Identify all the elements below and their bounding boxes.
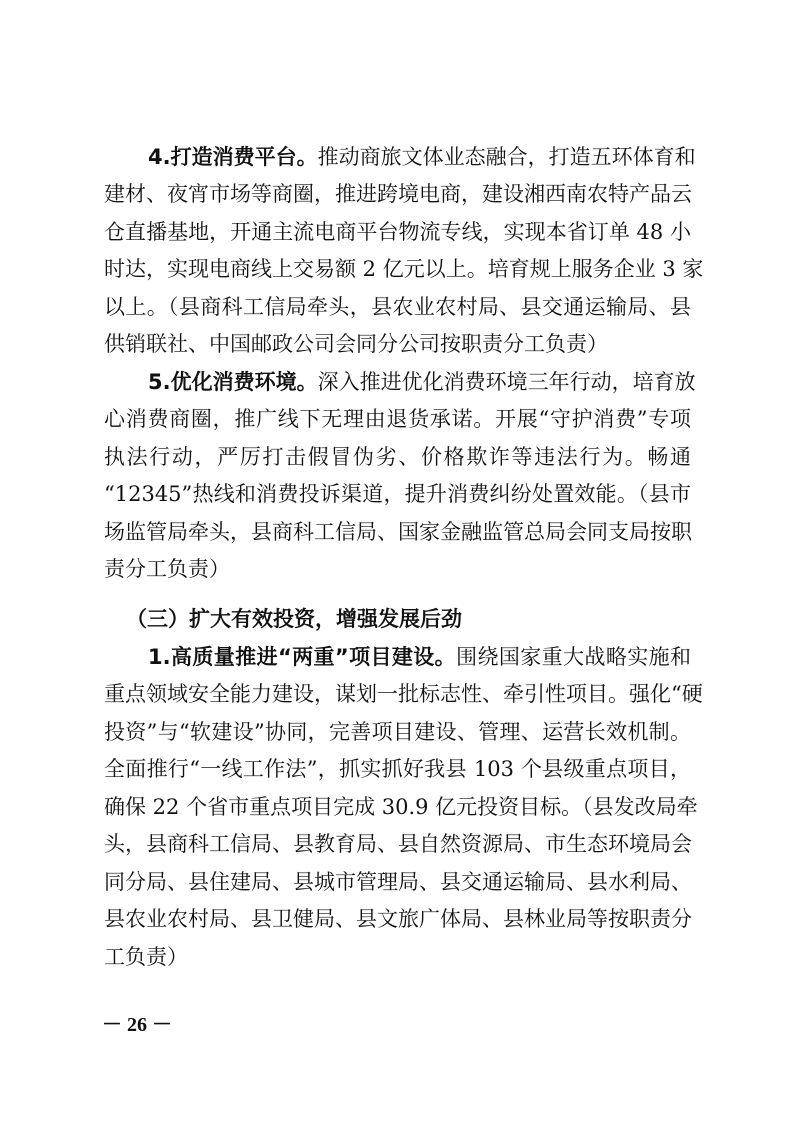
paragraph-line: 时达，实现电商线上交易额 2 亿元以上。培育规上服务企业 3 家 bbox=[104, 256, 691, 282]
paragraph-line: 全面推行“一线工作法”，抓实抓好我县 103 个县级重点项目， bbox=[104, 756, 691, 782]
paragraph-line: 心消费商圈，推广线下无理由退货承诺。开展“守护消费”专项 bbox=[104, 406, 691, 432]
item-heading: 1.高质量推进“两重”项目建设。 bbox=[148, 645, 456, 669]
paragraph-line: 责分工负责） bbox=[104, 556, 691, 582]
page-number: － 26 － bbox=[102, 1012, 172, 1038]
paragraph-line: 建材、夜宵市场等商圈，推进跨境电商，建设湘西南农特产品云 bbox=[104, 181, 691, 207]
paragraph-line: 重点领域安全能力建设，谋划一批标志性、牵引性项目。强化“硬 bbox=[104, 681, 691, 707]
document-page: 4.打造消费平台。推动商旅文体业态融合，打造五环体育和 建材、夜宵市场等商圈，推… bbox=[0, 0, 793, 1122]
paragraph-line: 仓直播基地，开通主流电商平台物流专线，实现本省订单 48 小 bbox=[104, 219, 691, 245]
paragraph-line: 投资”与“软建设”协同，完善项目建设、管理、运营长效机制。 bbox=[104, 719, 691, 745]
paragraph-line: 县农业农村局、县卫健局、县文旅广体局、县林业局等按职责分 bbox=[104, 906, 691, 932]
paragraph-line: 1.高质量推进“两重”项目建设。围绕国家重大战略实施和 bbox=[148, 644, 691, 670]
paragraph-line: 确保 22 个省市重点项目完成 30.9 亿元投资目标。（县发改局牵 bbox=[104, 794, 691, 820]
section-title: （三）扩大有效投资，增强发展后劲 bbox=[126, 606, 691, 632]
paragraph-line: 同分局、县住建局、县城市管理局、县交通运输局、县水利局、 bbox=[104, 869, 691, 895]
paragraph-line: 工负责） bbox=[104, 944, 691, 970]
paragraph-line: 场监管局牵头，县商科工信局、国家金融监管总局会同支局按职 bbox=[104, 519, 691, 545]
item-heading: 5.优化消费环境。 bbox=[148, 370, 318, 394]
paragraph-line: 供销联社、中国邮政公司会同分公司按职责分工负责） bbox=[104, 331, 691, 357]
paragraph-line: 以上。（县商科工信局牵头，县农业农村局、县交通运输局、县 bbox=[104, 294, 691, 320]
paragraph-line: “12345”热线和消费投诉渠道，提升消费纠纷处置效能。（县市 bbox=[104, 481, 691, 507]
paragraph-line: 执法行动，严厉打击假冒伪劣、价格欺诈等违法行为。畅通 bbox=[104, 444, 691, 470]
paragraph-line: 4.打造消费平台。推动商旅文体业态融合，打造五环体育和 bbox=[148, 144, 691, 170]
paragraph-line: 头，县商科工信局、县教育局、县自然资源局、市生态环境局会 bbox=[104, 831, 691, 857]
item-heading: 4.打造消费平台。 bbox=[148, 145, 318, 169]
paragraph-line: 5.优化消费环境。深入推进优化消费环境三年行动，培育放 bbox=[148, 369, 691, 395]
